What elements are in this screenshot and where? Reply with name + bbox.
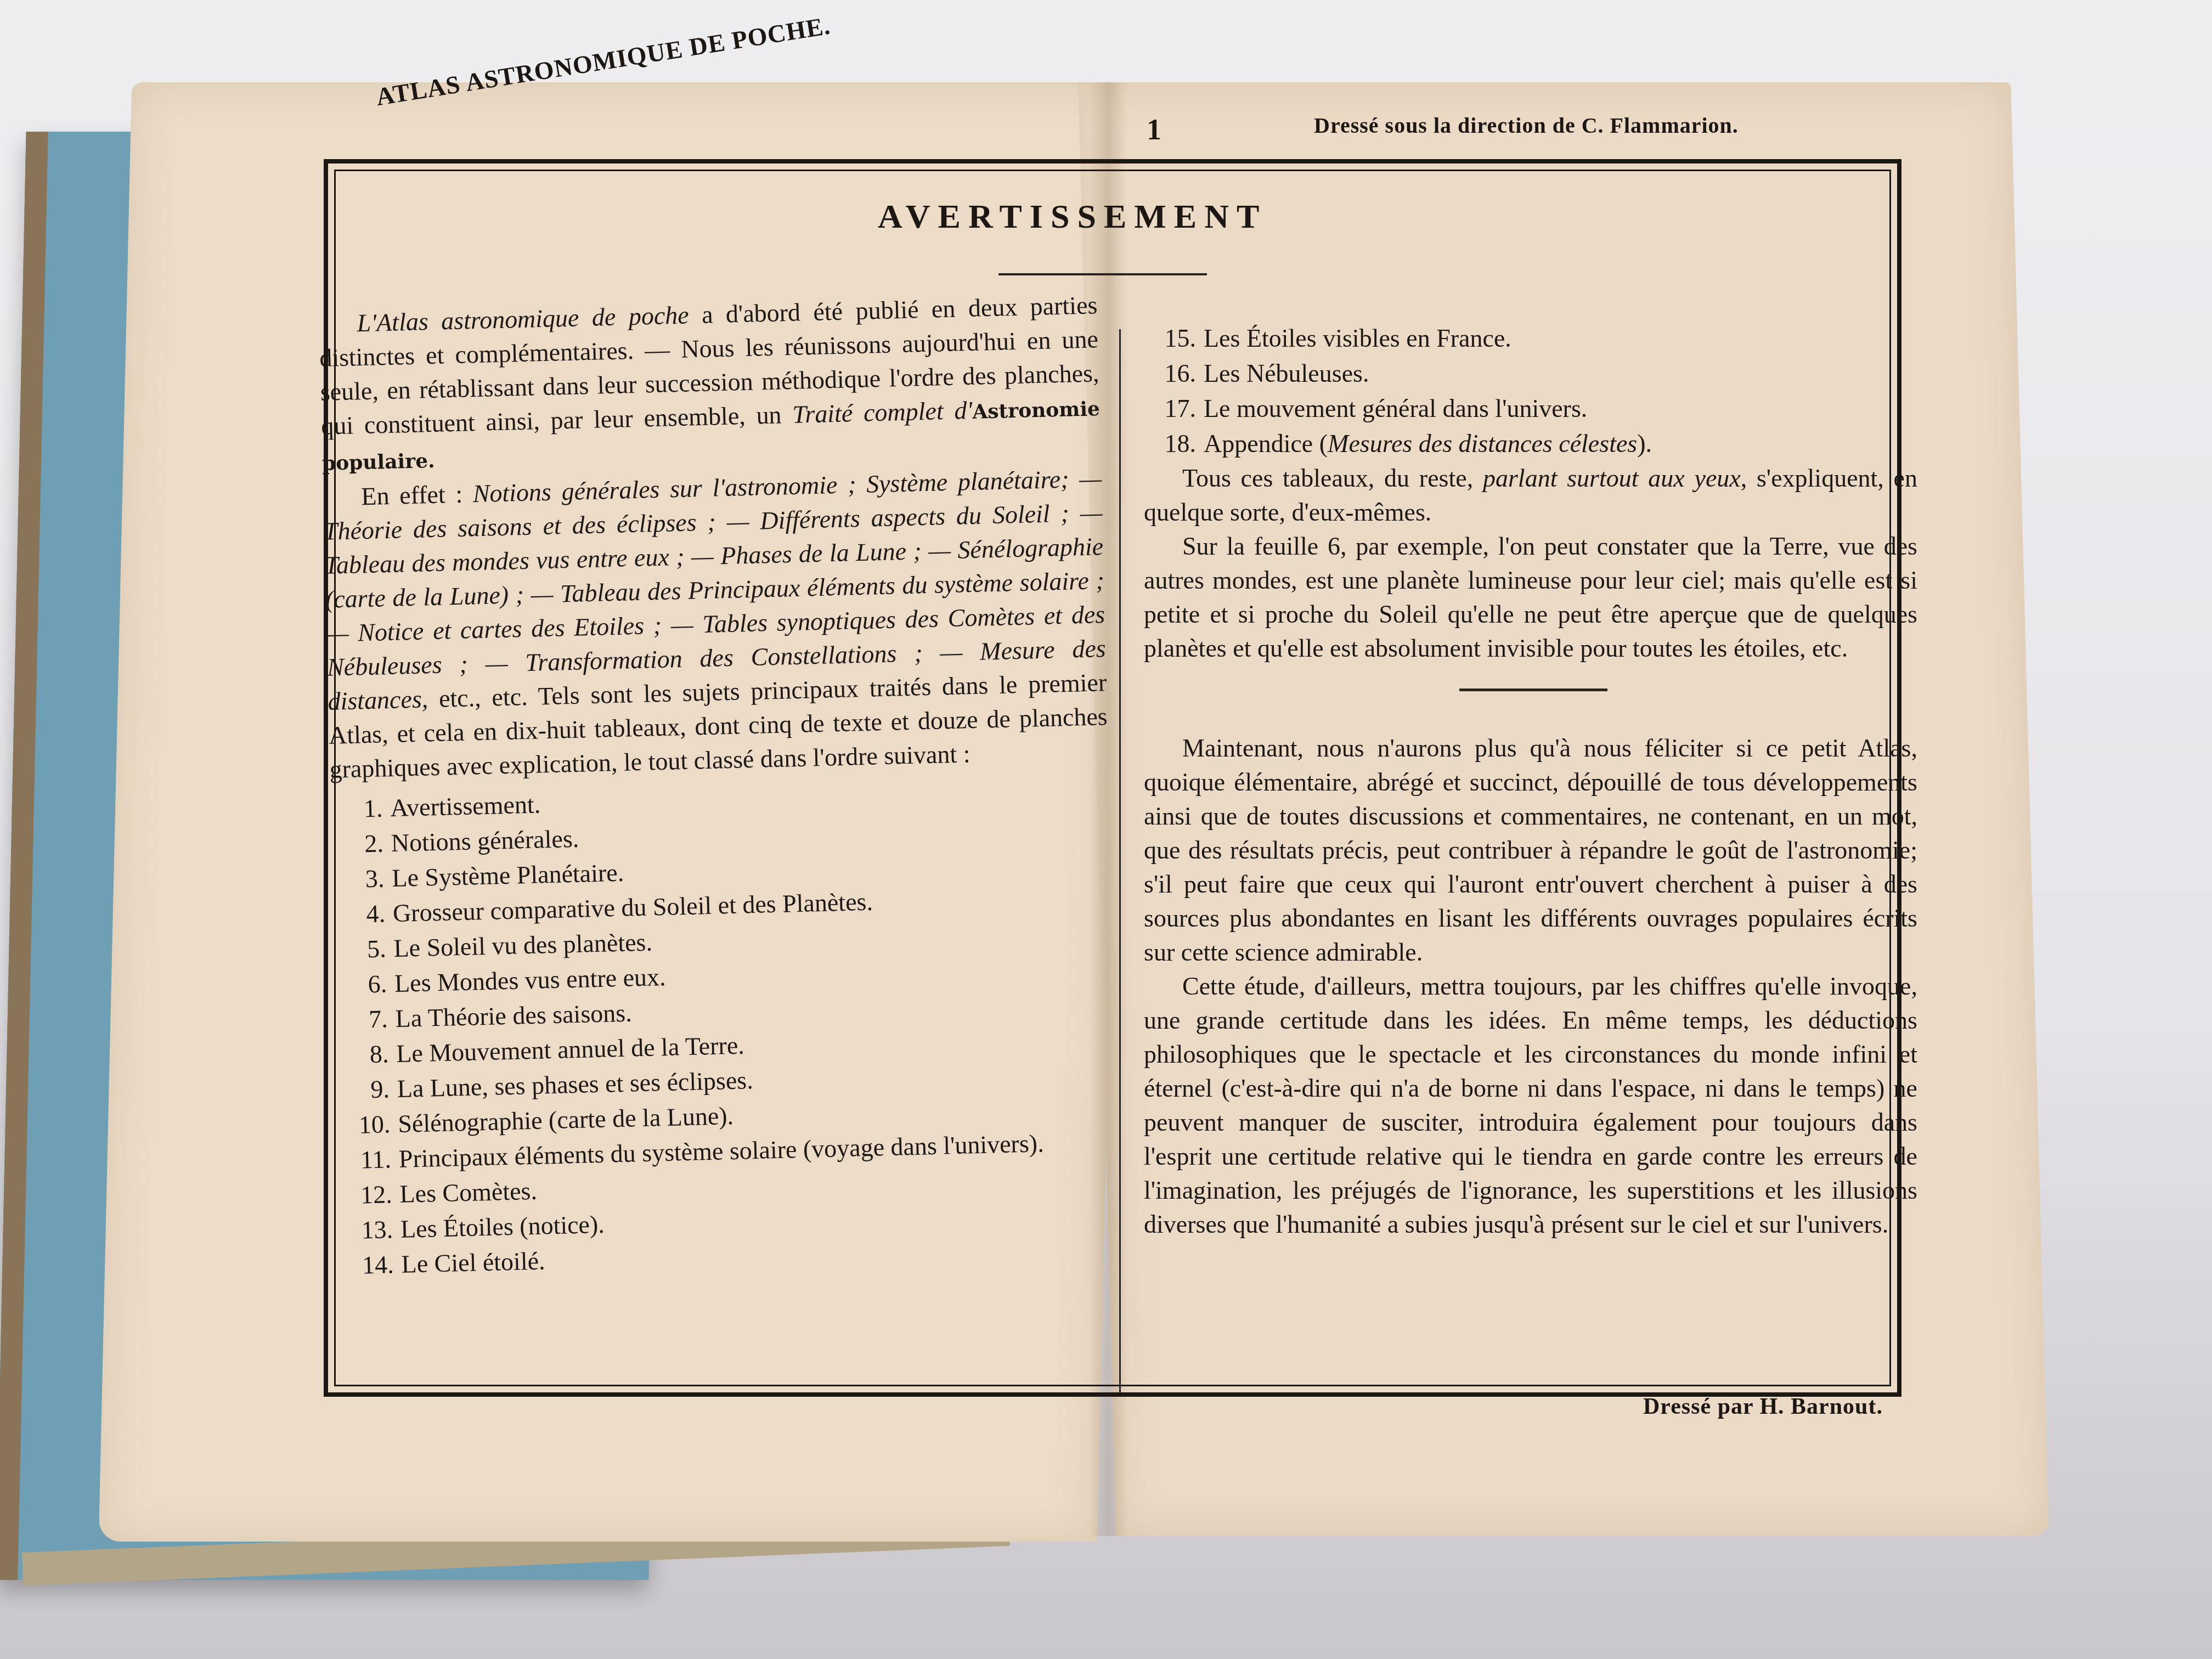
item-number: 1.: [330, 791, 391, 827]
appendix-after: ).: [1637, 430, 1652, 458]
item-number: 12.: [340, 1177, 400, 1214]
list-item: 16.Les Nébuleuses.: [1144, 356, 1917, 391]
page-title: AVERTISSEMENT: [878, 198, 1267, 236]
feuille-paragraph: Sur la feuille 6, par exemple, l'on peut…: [1144, 529, 1917, 665]
intro-paragraph: L'Atlas astronomique de poche a d'abord …: [318, 288, 1101, 481]
title-rule: [998, 273, 1207, 275]
maintenant-paragraph: Maintenant, nous n'aurons plus qu'à nous…: [1144, 731, 1917, 969]
subjects-text: etc., etc. Tels sont les sujets principa…: [328, 668, 1108, 783]
item-number: 13.: [340, 1212, 401, 1249]
tous-before: Tous ces tableaux, du reste,: [1182, 464, 1483, 492]
subjects-lead: En effet :: [361, 479, 473, 510]
item-number: 7.: [335, 1001, 396, 1038]
item-number: 11.: [338, 1142, 399, 1178]
left-column: L'Atlas astronomique de poche a d'abord …: [318, 288, 1121, 1283]
subjects-paragraph: En effet : Notions générales sur l'astro…: [323, 461, 1109, 787]
item-label: Le mouvement général dans l'univers.: [1204, 391, 1917, 426]
item-number: 14.: [341, 1247, 402, 1284]
item-number: 10.: [338, 1107, 399, 1143]
item-number: 3.: [332, 861, 393, 898]
page-number: 1: [1147, 112, 1162, 146]
item-number: 2.: [331, 826, 392, 862]
item-number: 15.: [1144, 321, 1204, 356]
table-of-plates-list-2: 15.Les Étoiles visibles en France. 16.Le…: [1144, 321, 1917, 461]
appendix-label: Appendice (: [1204, 430, 1328, 458]
direction-credit: Dressé sous la direction de C. Flammario…: [1314, 112, 1739, 138]
item-number: 17.: [1144, 391, 1204, 426]
item-number: 18.: [1144, 426, 1204, 461]
section-gap: [1144, 665, 1917, 731]
right-column: 15.Les Étoiles visibles en France. 16.Le…: [1144, 321, 1917, 1242]
traite-italic: Traité complet d': [792, 396, 973, 428]
atlas-title-italic: L'Atlas astronomique de poche: [357, 301, 689, 337]
tous-paragraph: Tous ces tableaux, du reste, parlant sur…: [1144, 461, 1917, 529]
item-label: Les Nébuleuses.: [1204, 356, 1917, 391]
item-number: 9.: [337, 1071, 398, 1108]
table-of-plates-list-1: 1.Avertissement. 2.Notions générales. 3.…: [330, 773, 1121, 1283]
list-item: 17.Le mouvement général dans l'univers.: [1144, 391, 1917, 426]
item-number: 16.: [1144, 356, 1204, 391]
item-number: 6.: [334, 966, 395, 1003]
tous-italic: parlant surtout aux yeux: [1483, 464, 1741, 492]
item-label: Appendice (Mesures des distances céleste…: [1204, 426, 1917, 461]
list-item: 15.Les Étoiles visibles en France.: [1144, 321, 1917, 356]
item-number: 5.: [334, 931, 394, 968]
etude-paragraph: Cette étude, d'ailleurs, mettra toujours…: [1144, 969, 1917, 1242]
appendix-italic: Mesures des distances célestes: [1328, 430, 1637, 458]
item-number: 8.: [336, 1036, 397, 1073]
item-label: Les Étoiles visibles en France.: [1204, 321, 1917, 356]
item-number: 4.: [332, 896, 393, 933]
footer-credit: Dressé par H. Barnout.: [1643, 1393, 1883, 1420]
section-rule: [1459, 689, 1607, 691]
list-item: 18.Appendice (Mesures des distances céle…: [1144, 426, 1917, 461]
